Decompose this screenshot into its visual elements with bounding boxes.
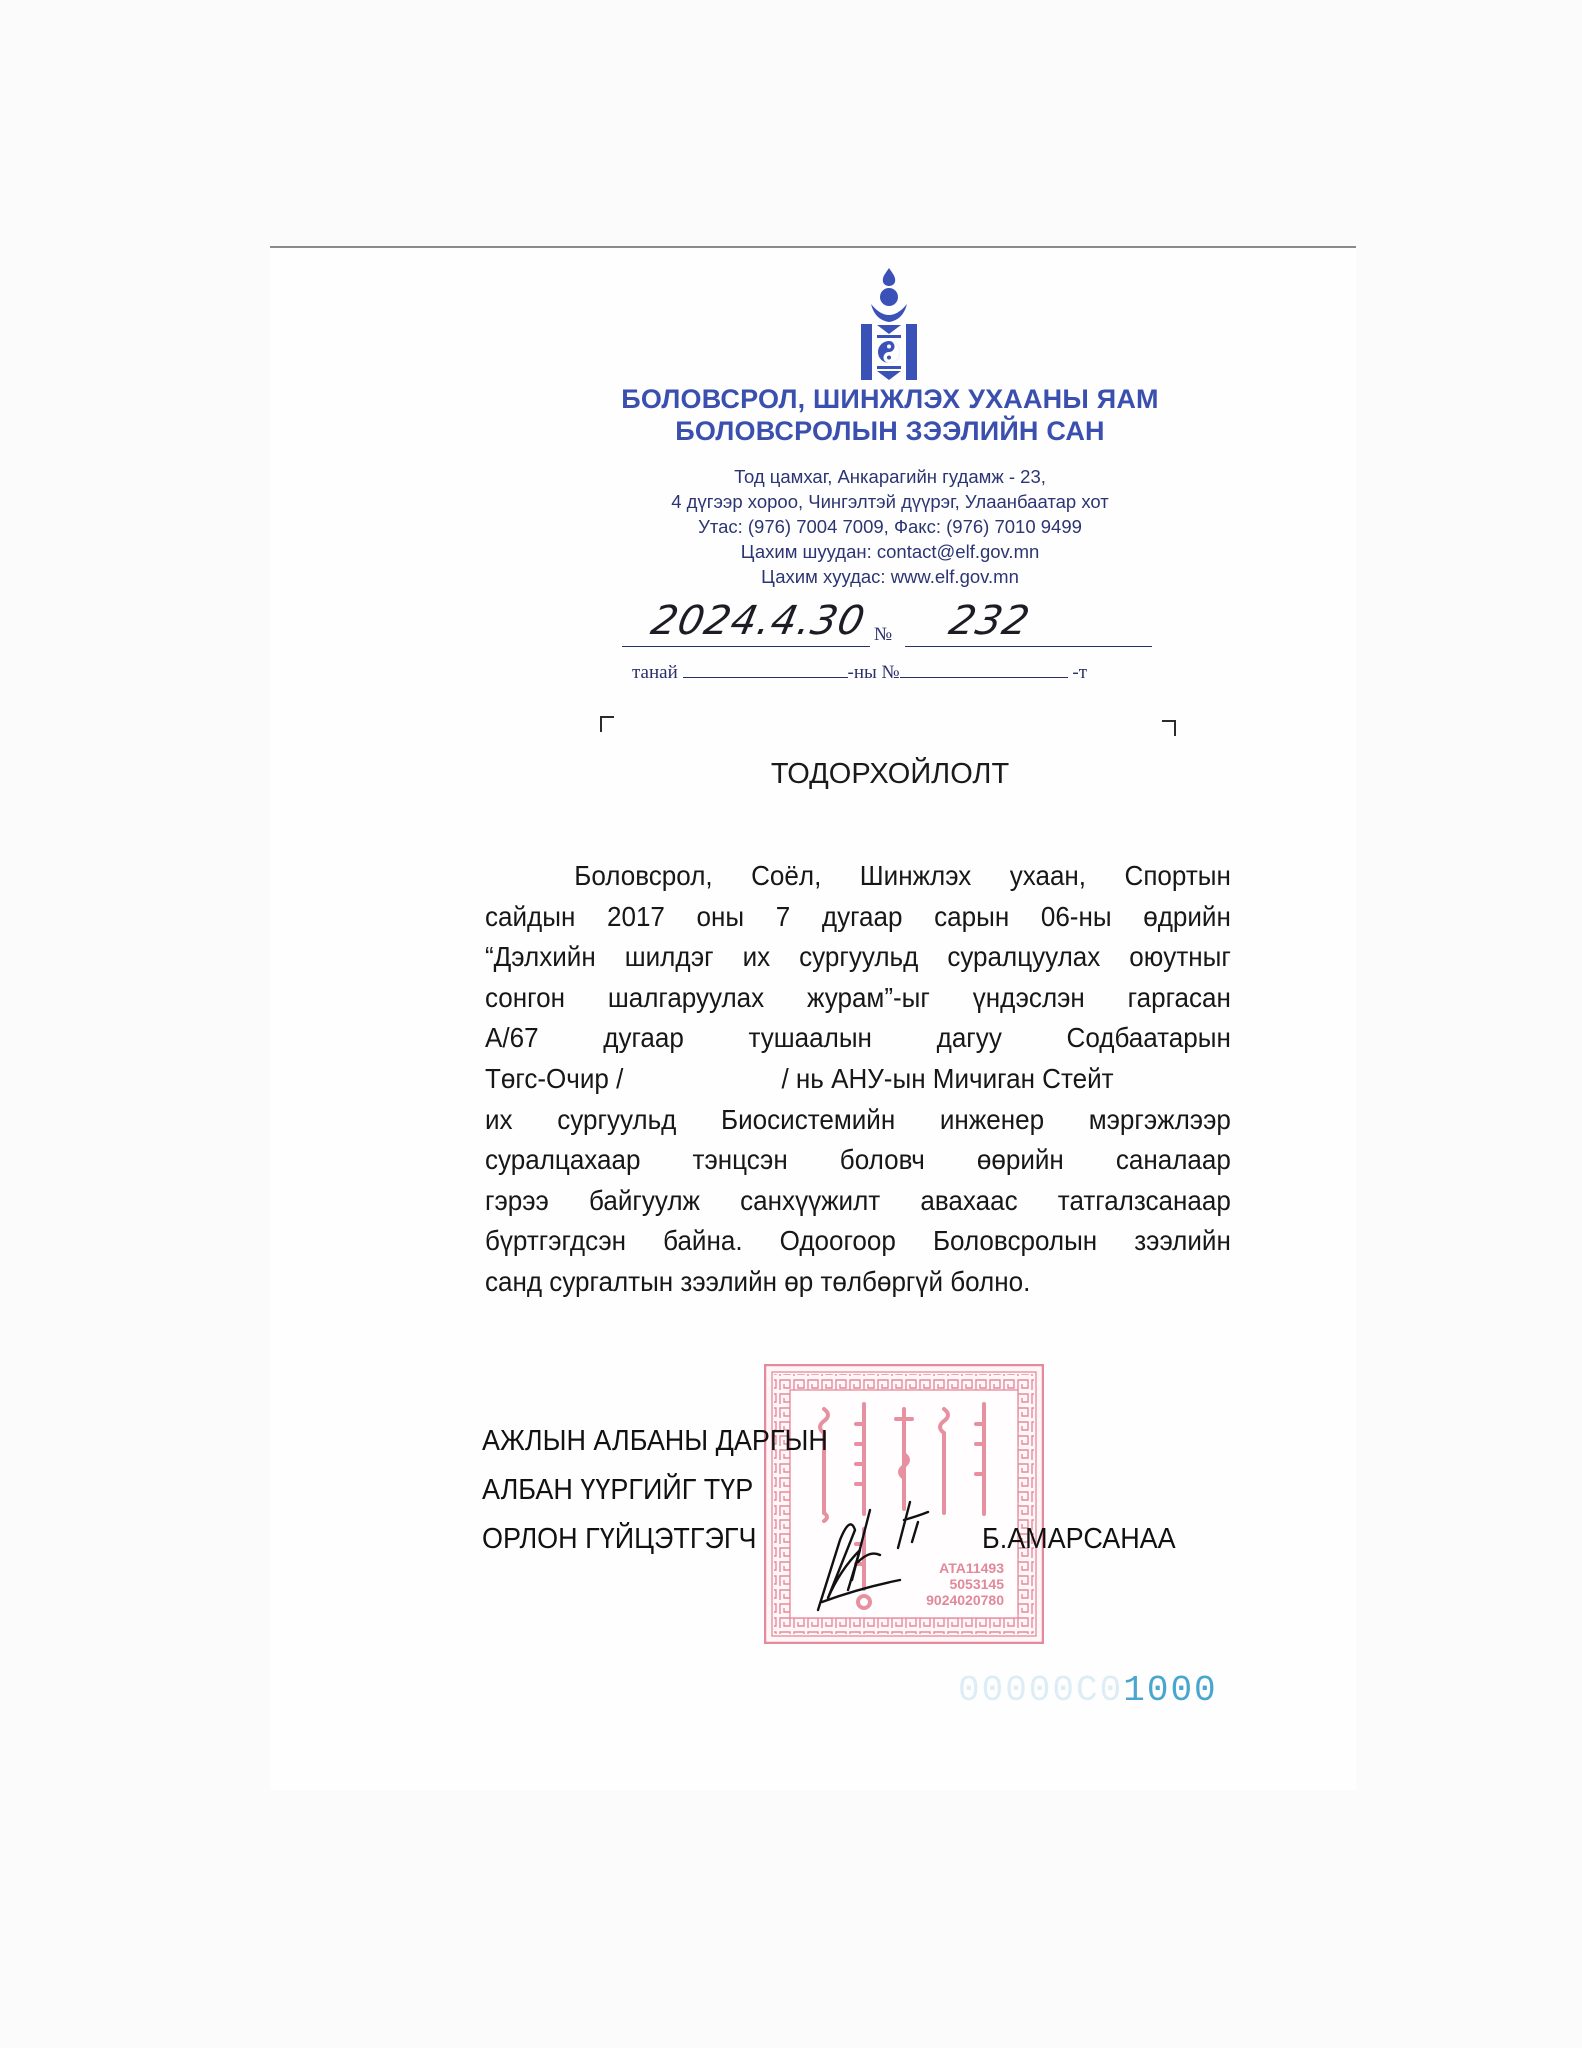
- ministry-name: БОЛОВСРОЛ, ШИНЖЛЭХ УХААНЫ ЯАМ: [470, 384, 1310, 415]
- phone-fax-line: Утас: (976) 7004 7009, Факс: (976) 7010 …: [470, 516, 1310, 538]
- address-line-1: Тод цамхаг, Анкарагийн гудамж - 23,: [470, 466, 1310, 488]
- handwritten-signature: [800, 1480, 1000, 1620]
- soyombo-emblem-icon: [857, 268, 921, 384]
- serial-faded-digits: 00000C0: [958, 1670, 1123, 1711]
- date-underline: [622, 646, 870, 647]
- serial-number-stamp: 00000C01000: [958, 1670, 1218, 1711]
- body-line: Боловсрол, Соёл, Шинжлэх ухаан, Спортын: [485, 856, 1231, 897]
- body-line: А/67 дугаар тушаалын дагуу Содбаатарын: [485, 1018, 1231, 1059]
- body-line: суралцахаар тэнцсэн боловч өөрийн санала…: [485, 1140, 1231, 1181]
- signatory-name: Б.АМАРСАНАА: [982, 1523, 1176, 1556]
- your-number-blank: [900, 663, 1068, 678]
- body-line: сайдын 2017 оны 7 дугаар сарын 06-ны өдр…: [485, 897, 1231, 938]
- address-line-2: 4 дүгээр хороо, Чингэлтэй дүүрэг, Улаанб…: [470, 491, 1310, 513]
- handwritten-date: 2024.4.30: [647, 598, 869, 644]
- body-continue-text: / нь АНУ-ын Мичиган Стейт: [781, 1063, 1113, 1094]
- number-underline: [905, 646, 1152, 647]
- scan-top-edge: [270, 246, 1356, 248]
- email-line: Цахим шуудан: contact@elf.gov.mn: [470, 541, 1310, 563]
- address-corner-right: [1162, 720, 1176, 736]
- website-line: Цахим хуудас: www.elf.gov.mn: [470, 566, 1310, 588]
- signatory-title-line-3: ОРЛОН ГҮЙЦЭТГЭГЧ: [482, 1523, 756, 1556]
- your-date-blank: [683, 663, 848, 678]
- your-suffix: -т: [1072, 662, 1087, 683]
- body-line: их сургуульд Биосистемийн инженер мэргэж…: [485, 1100, 1231, 1141]
- body-line: санд сургалтын зээлийн өр төлбөргүй болн…: [485, 1262, 1231, 1303]
- your-label: танай: [632, 662, 678, 683]
- body-line: “Дэлхийн шилдэг их сургуульд суралцуулах…: [485, 937, 1231, 978]
- your-number-label: -ны №: [848, 662, 900, 683]
- body-line: бүртгэгдсэн байна. Одоогоор Боловсролын …: [485, 1221, 1231, 1262]
- address-corner-left: [600, 716, 614, 732]
- serial-visible-digits: 1000: [1123, 1670, 1217, 1711]
- signatory-title-line-1: АЖЛЫН АЛБАНЫ ДАРГЫН: [482, 1425, 828, 1458]
- document-body: Боловсрол, Соёл, Шинжлэх ухаан, Спортын …: [485, 856, 1179, 1303]
- body-line-redacted: Төгс-Очир // нь АНУ-ын Мичиган Стейт: [485, 1059, 1231, 1100]
- number-sign: №: [874, 624, 892, 646]
- organization-name: БОЛОВСРОЛЫН ЗЭЭЛИЙН САН: [470, 416, 1310, 447]
- body-name-text: Төгс-Очир /: [485, 1063, 623, 1094]
- handwritten-number: 232: [945, 598, 1034, 644]
- your-reference-row: танай -ны № -т: [632, 662, 1087, 684]
- body-line: гэрээ байгуулж санхүүжилт авахаас татгал…: [485, 1181, 1231, 1222]
- signatory-title-line-2: АЛБАН ҮҮРГИЙГ ТҮР: [482, 1474, 753, 1507]
- body-line: сонгон шалгаруулах журам”-ыг үндэслэн га…: [485, 978, 1231, 1019]
- document-title: ТОДОРХОЙЛОЛТ: [470, 758, 1310, 791]
